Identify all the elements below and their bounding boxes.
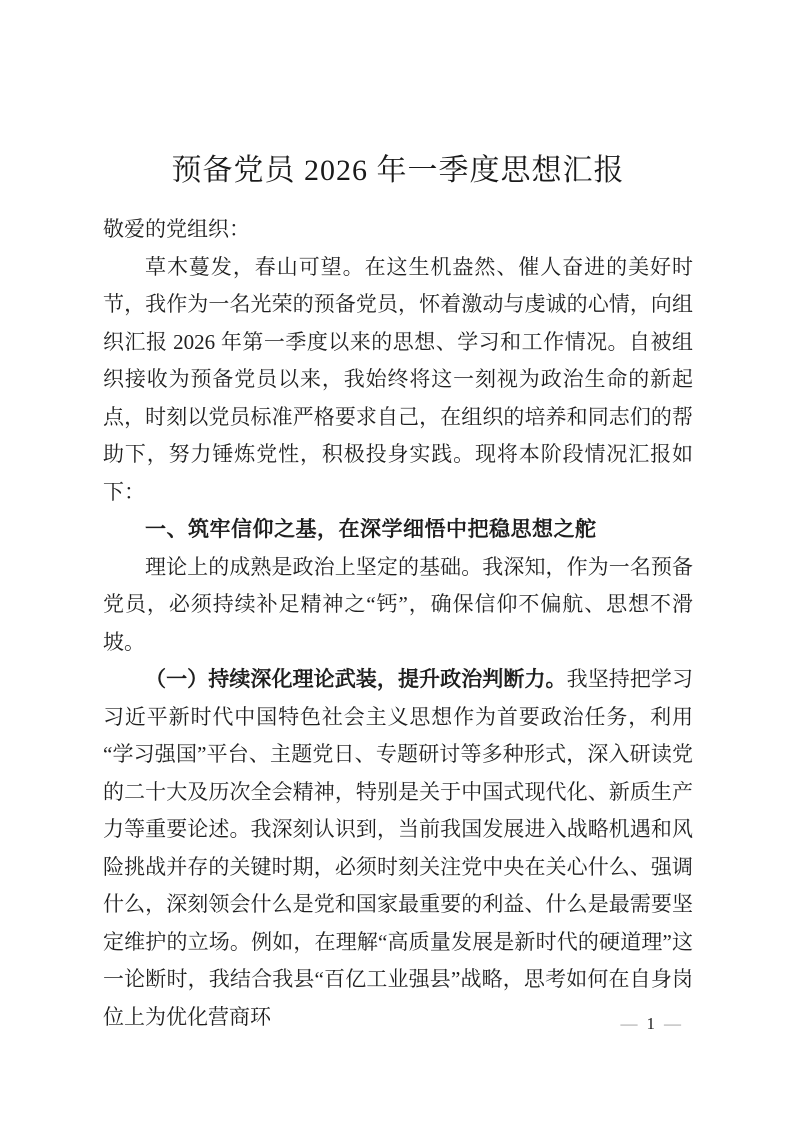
page-number-dash-left: — xyxy=(621,1014,638,1033)
paragraph-item-1: （一）持续深化理论武装，提升政治判断力。我坚持把学习习近平新时代中国特色社会主义… xyxy=(103,661,693,1036)
paragraph-opening: 草木蔓发，春山可望。在这生机盎然、催人奋进的美好时节，我作为一名光荣的预备党员，… xyxy=(103,249,693,512)
document-text-block: 敬爱的党组织： 草木蔓发，春山可望。在这生机盎然、催人奋进的美好时节，我作为一名… xyxy=(103,211,693,1036)
paragraph-theory-basis: 理论上的成熟是政治上坚定的基础。我深知，作为一名预备党员，必须持续补足精神之“钙… xyxy=(103,549,693,662)
document-body: 预备党员 2026 年一季度思想汇报 敬爱的党组织： 草木蔓发，春山可望。在这生… xyxy=(103,150,693,1036)
document-title: 预备党员 2026 年一季度思想汇报 xyxy=(103,150,693,192)
section-1-heading: 一、筑牢信仰之基，在深学细悟中把稳思想之舵 xyxy=(103,511,693,549)
salutation: 敬爱的党组织： xyxy=(103,211,693,249)
paragraph-item-1-lead: （一）持续深化理论武装，提升政治判断力。 xyxy=(145,667,567,691)
page-number-dash-right: — xyxy=(664,1014,681,1033)
document-page: 预备党员 2026 年一季度思想汇报 敬爱的党组织： 草木蔓发，春山可望。在这生… xyxy=(0,0,793,1122)
paragraph-item-1-body: 我坚持把学习习近平新时代中国特色社会主义思想作为首要政治任务，利用“学习强国”平… xyxy=(103,667,693,1029)
page-number-value: 1 xyxy=(638,1014,665,1033)
page-number: —1— xyxy=(621,1010,682,1038)
